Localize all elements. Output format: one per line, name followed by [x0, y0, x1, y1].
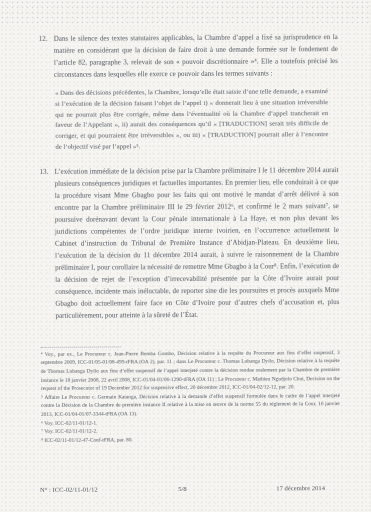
- block-quote: « Dans des décisions précédentes, la Cha…: [55, 87, 328, 153]
- footnote-separator-rule: [41, 346, 121, 347]
- page-footer: N° : ICC-02/11-01/12 5/8 17 décembre 201…: [40, 485, 325, 494]
- paragraph-12: 12. Dans le silence des textes statutair…: [39, 32, 338, 82]
- footnote-5: ⁵ Affaire Le Procureur c. Germain Katang…: [41, 392, 340, 420]
- paragraph-12-number: 12.: [39, 34, 48, 46]
- paragraph-13: 13. L’exécution immédiate de la décision…: [40, 165, 340, 323]
- scanned-document-page: 12. Dans le silence des textes statutair…: [0, 0, 371, 512]
- paragraph-12-text: Dans le silence des textes statutaires a…: [54, 34, 338, 79]
- page-number: 5/8: [178, 486, 186, 493]
- footnotes-section: ⁴ Voy., par ex., Le Procureur c. Jean-Pi…: [41, 349, 341, 445]
- footnote-4: ⁴ Voy., par ex., Le Procureur c. Jean-Pi…: [41, 349, 340, 394]
- paragraph-13-text: L’exécution immédiate de la décision pri…: [55, 167, 340, 320]
- document-body: 12. Dans le silence des textes statutair…: [39, 32, 341, 445]
- footnote-8: ⁸ ICC-02/11-01/12-47-Conf-tFRA, par. 80.: [41, 435, 340, 445]
- document-number: N° : ICC-02/11-01/12: [40, 487, 98, 494]
- footer-date: 17 décembre 2014: [276, 485, 325, 492]
- paragraph-13-number: 13.: [40, 167, 49, 179]
